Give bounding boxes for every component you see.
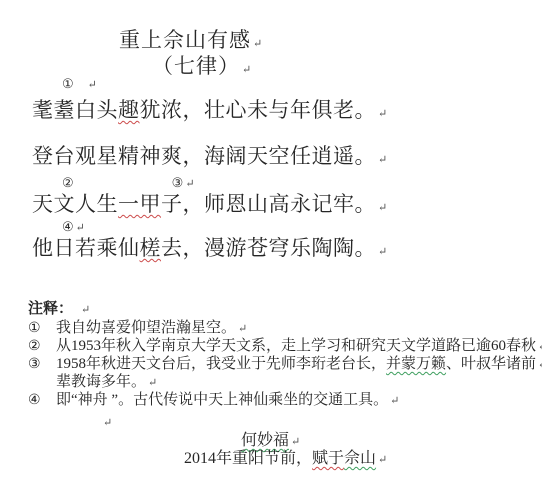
paragraph-mark-icon: ↵ (81, 304, 90, 316)
paragraph-mark-icon: ↵ (390, 395, 399, 407)
note-item-3-continuation: 辈教诲多年。↵ (56, 374, 157, 391)
note-1-text: 我自幼喜爱仰望浩瀚星空。 (56, 320, 236, 336)
poem-line-1: 耄耋白头趣犹浓，壮心未与年俱老。↵ (32, 98, 388, 122)
poem-line-4-text-cont: 去，漫游苍穹乐陶陶。 (161, 236, 376, 260)
footnote-markers-2-3: ②③↵ (62, 176, 195, 191)
grammar-flag-green: 并蒙万籁 (386, 356, 446, 372)
note-item-2: ②从1953年秋入学南京大学天文系，走上学习和研究天文学道路已逾60春秋↵ (28, 338, 542, 355)
note-3-marker: ③ (28, 357, 56, 373)
poem-line-4-text: 他日若乘仙 (32, 236, 140, 260)
spellcheck-flag-red: 趣 (118, 98, 140, 122)
footnote-marker-4-glyph: ④ (62, 219, 74, 234)
note-item-3: ③1958年秋进天文台后，我受业于先师李珩老台长，并蒙万籁、叶叔华诸前↵ (28, 356, 542, 373)
date-line-text: 2014年重阳节前， (184, 450, 312, 467)
poem-title-text: 重上佘山有感 (119, 28, 251, 52)
poem-subtitle-text: （七律） (152, 54, 240, 78)
document-page: 重上佘山有感↵ （七律）↵ ①↵ 耄耋白头趣犹浓，壮心未与年俱老。↵ 登台观星精… (0, 0, 542, 481)
poem-line-1-text-cont: 犹浓，壮心未与年俱老。 (140, 98, 377, 122)
poem-subtitle: （七律）↵ (152, 54, 252, 78)
poem-line-3-text-cont: 子，师恩山高永记牢。 (161, 192, 376, 216)
note-4-text: 即“神舟 ”。古代传说中天上神仙乘坐的交通工具。 (56, 392, 388, 408)
poem-line-1-text: 耄耋白头 (32, 98, 118, 122)
paragraph-mark-icon: ↵ (378, 154, 388, 166)
note-item-4: ④即“神舟 ”。古代传说中天上神仙乘坐的交通工具。↵ (28, 392, 399, 409)
poem-line-3: 天文人生一甲子，师恩山高永记牢。↵ (32, 192, 388, 216)
notes-header: 注释：↵ (28, 301, 90, 318)
note-3-text-cont: 、叶叔华诸前 (446, 356, 536, 372)
note-4-marker: ④ (28, 393, 56, 409)
paragraph-mark-icon: ↵ (378, 202, 388, 214)
note-2-text: 从1953年秋入学南京大学天文系，走上学习和研究天文学道路已逾60春秋 (56, 338, 536, 354)
poem-line-2: 登台观星精神爽，海阔天空任逍遥。↵ (32, 144, 388, 168)
paragraph-mark-icon: ↵ (185, 178, 194, 190)
poem-line-3-text: 天文人生 (32, 192, 118, 216)
footnote-marker-1-glyph: ① (62, 76, 74, 91)
poem-title: 重上佘山有感↵ (119, 28, 263, 52)
note-3-text: 1958年秋进天文台后，我受业于先师李珩老台长， (56, 356, 386, 372)
paragraph-mark-icon: ↵ (88, 79, 97, 91)
paragraph-mark-icon: ↵ (378, 108, 388, 120)
paragraph-mark-icon: ↵ (242, 64, 252, 76)
footnote-marker-1: ①↵ (62, 77, 97, 92)
note-item-1: ①我自幼喜爱仰望浩瀚星空。↵ (28, 320, 247, 337)
poem-line-2-text: 登台观星精神爽，海阔天空任逍遥。 (32, 144, 376, 168)
spellcheck-flag-red: 槎 (140, 236, 162, 260)
empty-paragraph: ↵ (101, 413, 112, 431)
footnote-marker-3-glyph: ③ (172, 175, 184, 190)
signature-text: 何妙福 (241, 432, 289, 449)
note-2-marker: ② (28, 339, 56, 355)
date-line: 2014年重阳节前，赋于佘山↵ (184, 450, 387, 468)
footnote-marker-2-glyph: ② (62, 175, 74, 190)
paragraph-mark-icon: ↵ (378, 246, 388, 258)
notes-header-text: 注释： (28, 301, 73, 317)
paragraph-mark-icon: ↵ (291, 436, 300, 448)
paragraph-mark-icon: ↵ (253, 38, 263, 50)
paragraph-mark-icon: ↵ (538, 341, 542, 353)
paragraph-mark-icon: ↵ (238, 323, 247, 335)
note-3-continuation-text: 辈教诲多年。 (56, 374, 146, 390)
grammar-flag-green: 佘山 (344, 450, 376, 467)
paragraph-mark-icon: ↵ (103, 417, 112, 429)
signature: 何妙福↵ (241, 432, 300, 450)
footnote-marker-4: ④↵ (62, 220, 85, 235)
paragraph-mark-icon: ↵ (148, 377, 157, 389)
paragraph-mark-icon: ↵ (76, 222, 85, 234)
spellcheck-flag-red: 赋于 (312, 450, 344, 467)
spellcheck-flag-red: 一甲 (118, 192, 161, 216)
note-1-marker: ① (28, 321, 56, 337)
poem-line-4: 他日若乘仙槎去，漫游苍穹乐陶陶。↵ (32, 236, 388, 260)
paragraph-mark-icon: ↵ (538, 359, 542, 371)
paragraph-mark-icon: ↵ (378, 454, 387, 466)
